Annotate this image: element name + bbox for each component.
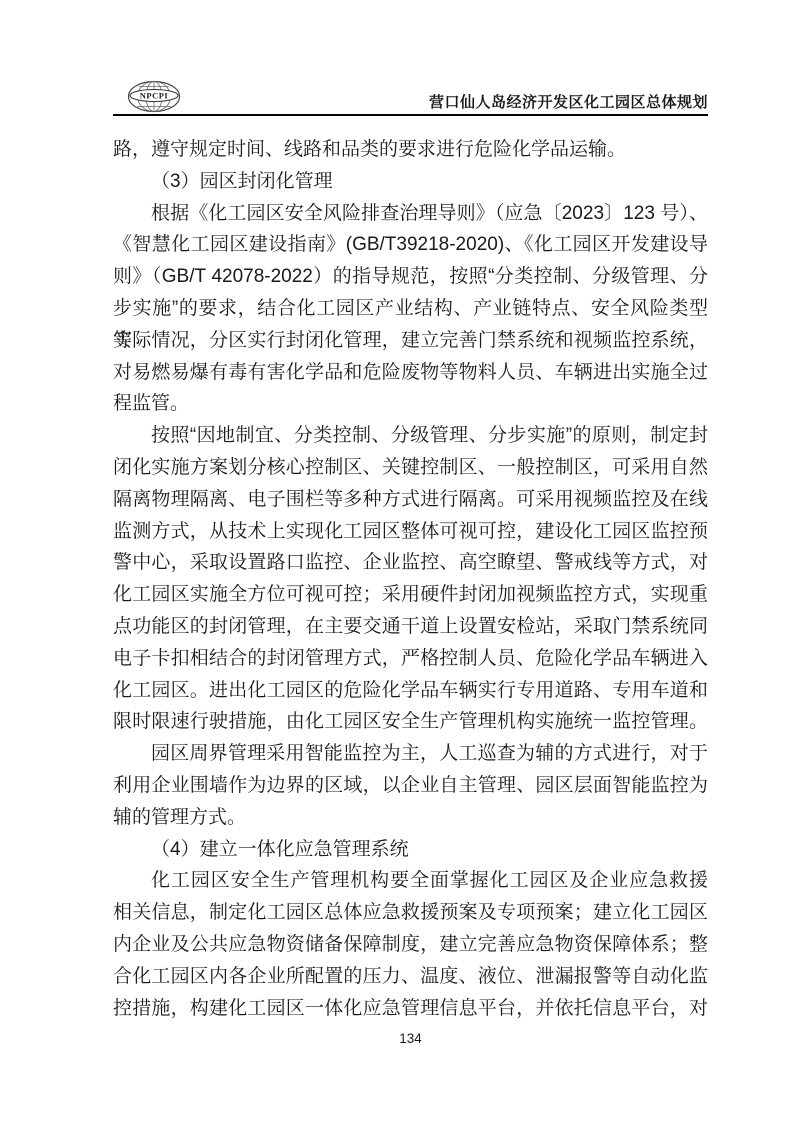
- page-number: 134: [113, 1031, 708, 1046]
- text-line: 电子卡扣相结合的封闭管理方式，严格控制人员、危险化学品车辆进入: [113, 643, 708, 675]
- text-line: 隔离物理隔离、电子围栏等多种方式进行隔离。可采用视频监控及在线: [113, 484, 708, 516]
- text-line: 实际情况，分区实行封闭化管理，建立完善门禁系统和视频监控系统，: [113, 325, 708, 357]
- text-line: 内企业及公共应急物资储备保障制度，建立完善应急物资保障体系；整: [113, 929, 708, 961]
- document-body: 路，遵守规定时间、线路和品类的要求进行危险化学品运输。（3）园区封闭化管理根据《…: [113, 134, 708, 1024]
- text-line: 则》（GB/T 42078-2022）的指导规范，按照“分类控制、分级管理、分: [113, 261, 708, 293]
- text-line: 化工园区实施全方位可视可控；采用硬件封闭加视频监控方式，实现重: [113, 579, 708, 611]
- document-header-title: 营口仙人岛经济开发区化工园区总体规划: [429, 91, 708, 112]
- text-line: （4）建立一体化应急管理系统: [113, 834, 708, 866]
- text-line: 辅的管理方式。: [113, 802, 708, 834]
- globe-icon: NPCPI: [127, 80, 181, 113]
- text-line: 根据《化工园区安全风险排查治理导则》（应急〔2023〕123 号）、: [113, 198, 708, 230]
- text-line: 警中心，采取设置路口监控、企业监控、高空瞭望、警戒线等方式，对: [113, 547, 708, 579]
- text-line: 步实施”的要求，结合化工园区产业结构、产业链特点、安全风险类型等: [113, 293, 708, 325]
- text-line: 按照“因地制宜、分类控制、分级管理、分步实施”的原则，制定封: [113, 420, 708, 452]
- text-line: 对易燃易爆有毒有害化学品和危险废物等物料人员、车辆进出实施全过: [113, 357, 708, 389]
- text-line: 合化工园区内各企业所配置的压力、温度、液位、泄漏报警等自动化监: [113, 961, 708, 993]
- npcpi-logo: NPCPI: [127, 80, 181, 113]
- text-line: 限时限速行驶措施，由化工园区安全生产管理机构实施统一监控管理。: [113, 706, 708, 738]
- text-line: 程监管。: [113, 388, 708, 420]
- text-line: 化工园区安全生产管理机构要全面掌握化工园区及企业应急救援: [113, 865, 708, 897]
- logo-text: NPCPI: [140, 91, 169, 101]
- document-page: NPCPI 营口仙人岛经济开发区化工园区总体规划 路，遵守规定时间、线路和品类的…: [0, 0, 793, 1122]
- text-line: （3）园区封闭化管理: [113, 166, 708, 198]
- text-line: 点功能区的封闭管理，在主要交通干道上设置安检站，采取门禁系统同: [113, 611, 708, 643]
- text-line: 闭化实施方案划分核心控制区、关键控制区、一般控制区，可采用自然: [113, 452, 708, 484]
- text-line: 利用企业围墙作为边界的区域，以企业自主管理、园区层面智能监控为: [113, 770, 708, 802]
- text-line: 相关信息，制定化工园区总体应急救援预案及专项预案；建立化工园区: [113, 897, 708, 929]
- text-line: 控措施，构建化工园区一体化应急管理信息平台，并依托信息平台，对: [113, 993, 708, 1025]
- text-line: 《智慧化工园区建设指南》(GB/T39218-2020)、《化工园区开发建设导: [113, 229, 708, 261]
- text-line: 化工园区。进出化工园区的危险化学品车辆实行专用道路、专用车道和: [113, 675, 708, 707]
- text-line: 园区周界管理采用智能监控为主，人工巡查为辅的方式进行，对于: [113, 738, 708, 770]
- header-rule: [113, 114, 708, 116]
- text-line: 路，遵守规定时间、线路和品类的要求进行危险化学品运输。: [113, 134, 708, 166]
- text-line: 监测方式，从技术上实现化工园区整体可视可控，建设化工园区监控预: [113, 516, 708, 548]
